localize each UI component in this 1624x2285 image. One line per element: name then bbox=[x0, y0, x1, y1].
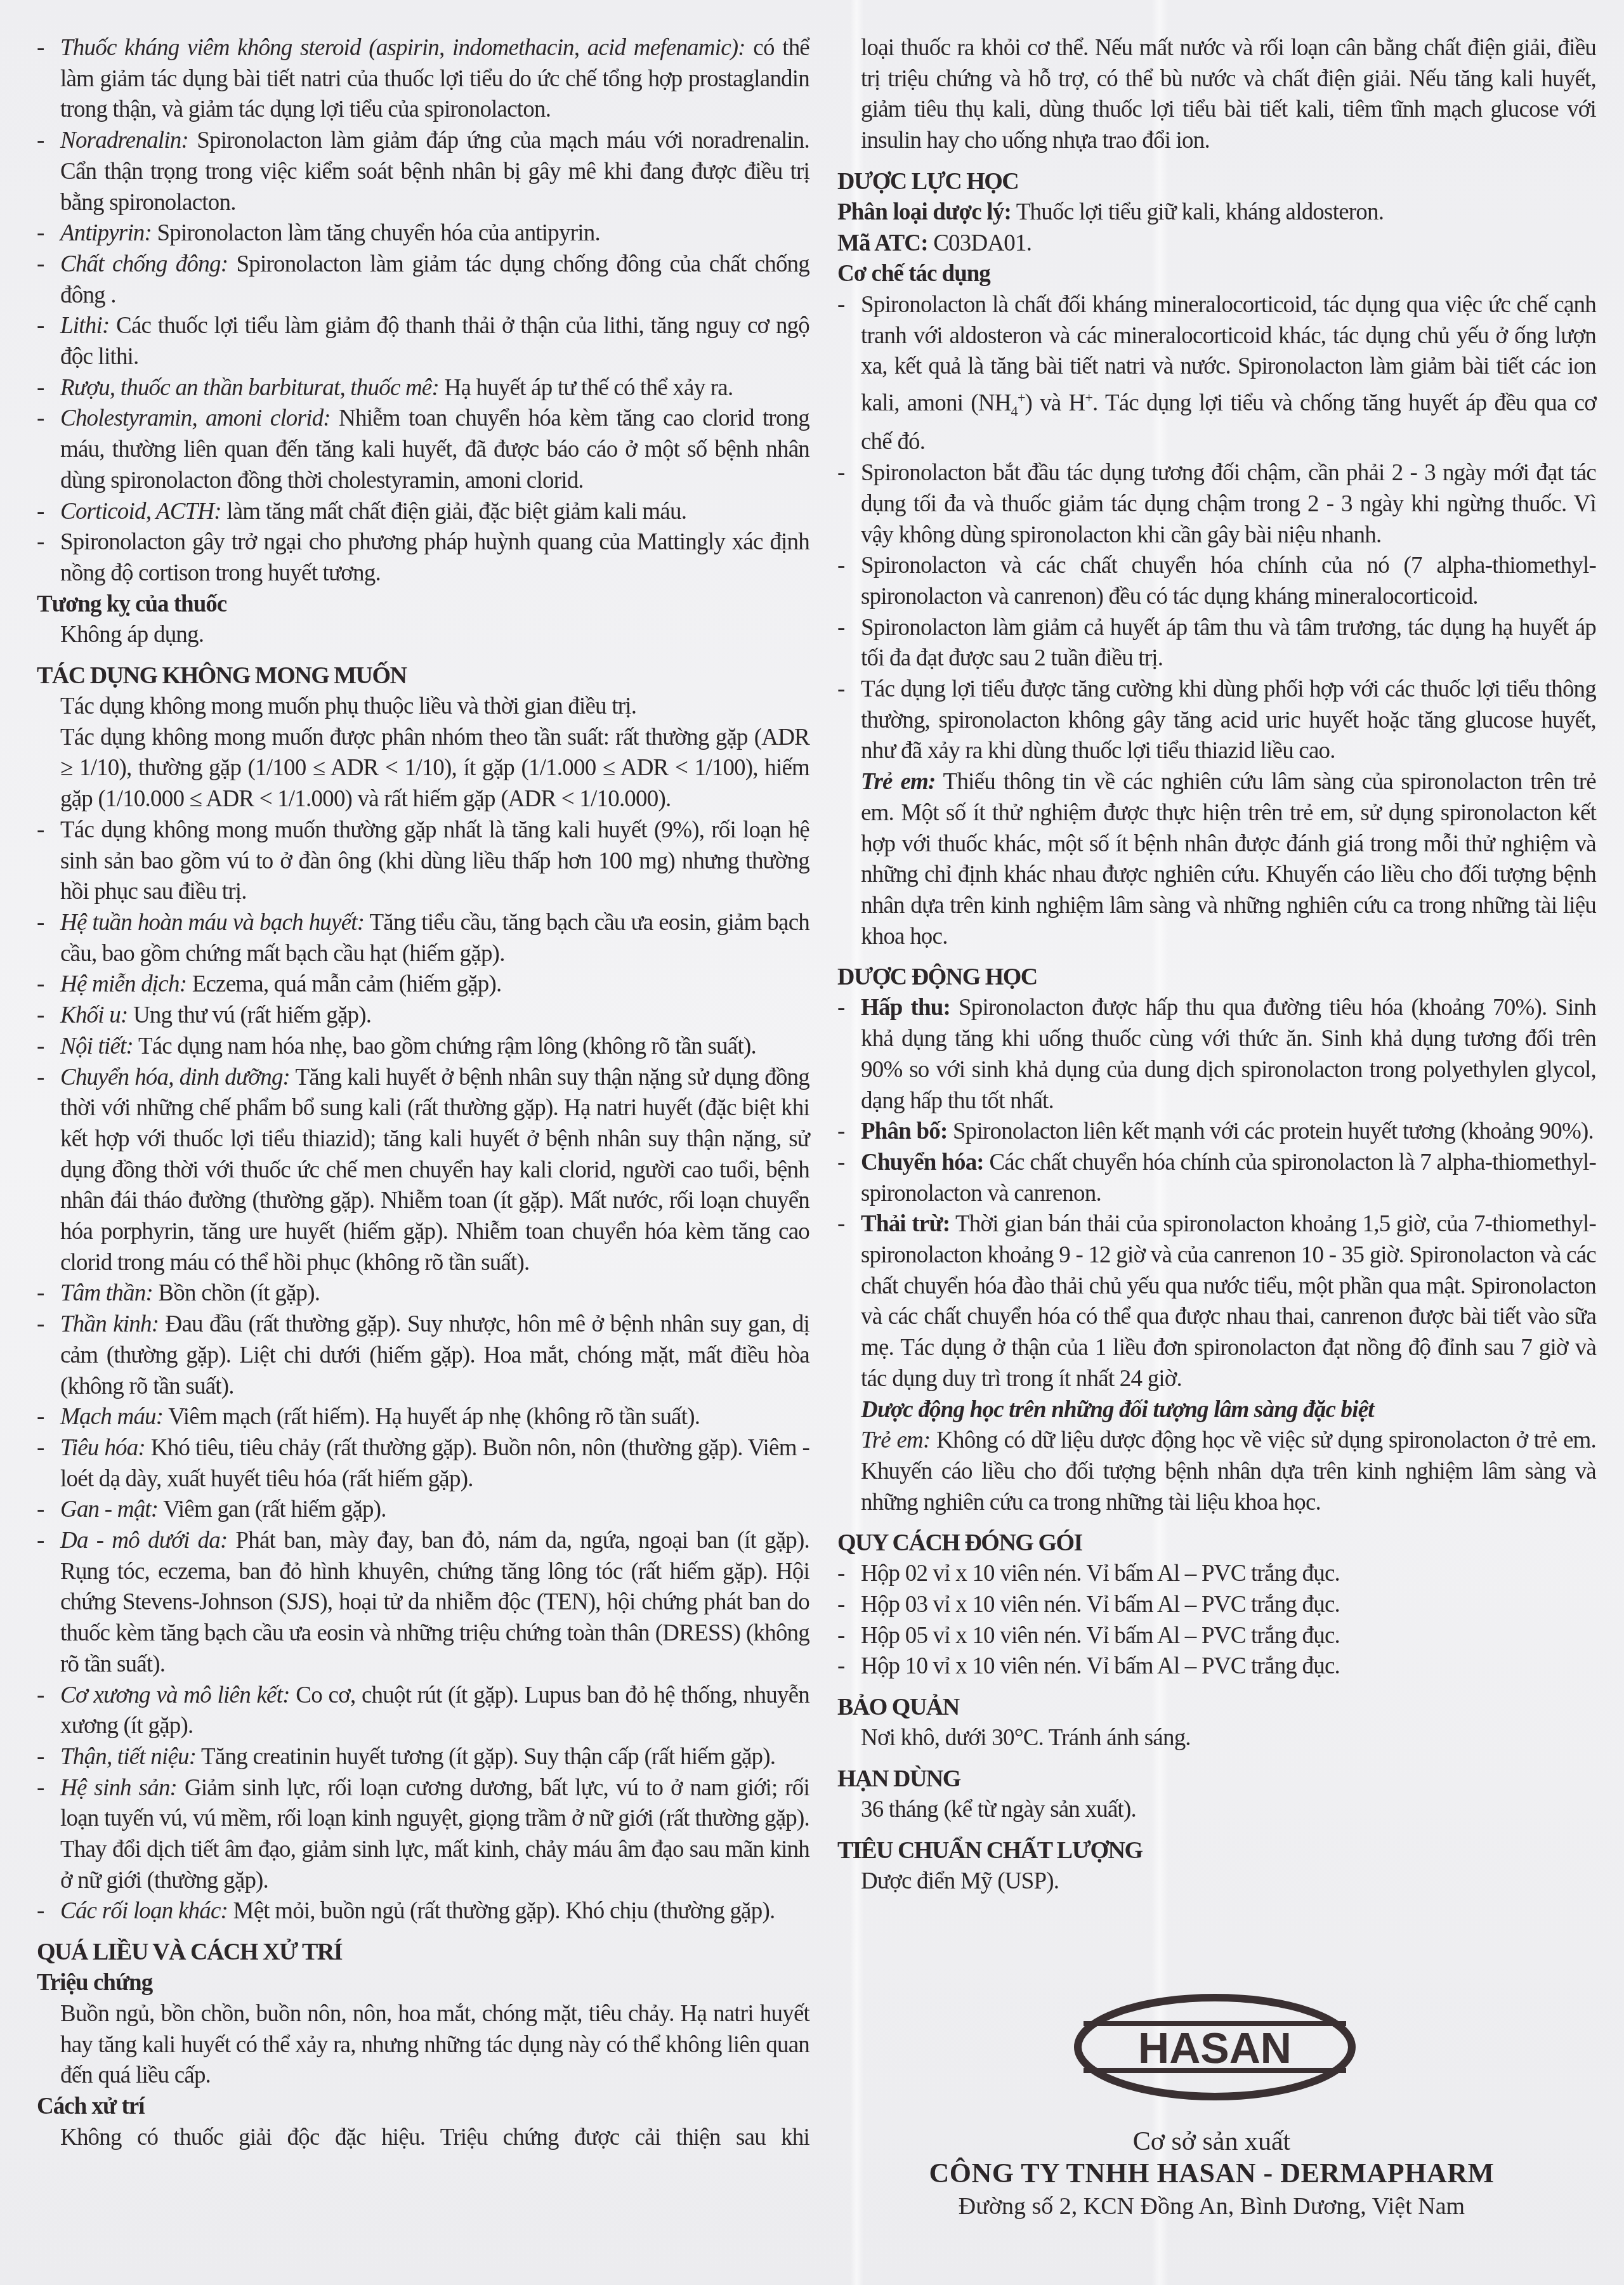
packaging-item: Hộp 10 vỉ x 10 viên nén. Vỉ bấm Al – PVC… bbox=[837, 1651, 1596, 1682]
mechanism-heading: Cơ chế tác dụng bbox=[837, 259, 1596, 290]
incompatibility-text: Không áp dụng. bbox=[37, 620, 809, 651]
class-label: Phân loại dược lý: bbox=[837, 199, 1011, 225]
children-text: Không có dữ liệu dược động học về việc s… bbox=[861, 1427, 1596, 1515]
adverse-item: Tiêu hóa: Khó tiêu, tiêu chảy (rất thườn… bbox=[37, 1433, 809, 1495]
item-text: Eczema, quá mẫn cảm (hiếm gặp). bbox=[187, 971, 501, 997]
adverse-item: Khối u: Ung thư vú (rất hiếm gặp). bbox=[37, 1000, 809, 1031]
manufacturer-label: Cơ sở sản xuất bbox=[844, 2126, 1580, 2157]
children-label: Trẻ em: bbox=[861, 1427, 931, 1453]
item-text: Viêm mạch (rất hiếm). Hạ huyết áp nhẹ (k… bbox=[163, 1404, 700, 1430]
item-label: Khối u: bbox=[60, 1002, 128, 1028]
packaging-item: Hộp 03 vỉ x 10 viên nén. Vỉ bấm Al – PVC… bbox=[837, 1590, 1596, 1621]
item-label: Mạch máu: bbox=[60, 1404, 163, 1430]
storage-heading: BẢO QUẢN bbox=[837, 1691, 1596, 1723]
hasan-logo-icon: HASAN bbox=[1072, 1993, 1358, 2101]
item-label: Tiêu hóa: bbox=[60, 1435, 145, 1461]
item-text: Hạ huyết áp tư thế có thể xảy ra. bbox=[439, 375, 733, 401]
item-label: Tâm thần: bbox=[60, 1280, 153, 1306]
quality-standard-heading: TIÊU CHUẨN CHẤT LƯỢNG bbox=[837, 1835, 1596, 1866]
item-text: Đau đầu (rất thường gặp). Suy nhược, hôn… bbox=[60, 1311, 809, 1399]
item-text: Spironolacton làm tăng chuyển hóa của an… bbox=[152, 220, 600, 246]
children-label: Trẻ em: bbox=[861, 769, 936, 795]
adverse-item: Thần kinh: Đau đầu (rất thường gặp). Suy… bbox=[37, 1309, 809, 1402]
adverse-item: Thận, tiết niệu: Tăng creatinin huyết tư… bbox=[37, 1742, 809, 1773]
item-text: Khó tiêu, tiêu chảy (rất thường gặp). Bu… bbox=[60, 1435, 809, 1492]
item-label: Rượu, thuốc an thần barbiturat, thuốc mê… bbox=[60, 375, 439, 401]
left-column: Thuốc kháng viêm không steroid (aspirin,… bbox=[37, 33, 809, 2153]
adverse-item: Hệ sinh sản: Giảm sinh lực, rối loạn cươ… bbox=[37, 1773, 809, 1897]
manufacturer-address: Đường số 2, KCN Đồng An, Bình Dương, Việ… bbox=[844, 2192, 1580, 2220]
item-label: Da - mô dưới da: bbox=[60, 1528, 227, 1554]
packaging-heading: QUY CÁCH ĐÓNG GÓI bbox=[837, 1527, 1596, 1559]
item-label: Chuyển hóa: bbox=[861, 1149, 984, 1175]
item-label: Thuốc kháng viêm không steroid (aspirin,… bbox=[60, 35, 745, 61]
mechanism-item: Spironolacton và các chất chuyển hóa chí… bbox=[837, 551, 1596, 612]
interaction-item: Corticoid, ACTH: làm tăng mất chất điện … bbox=[37, 497, 809, 528]
mechanism-item: Spironolacton bắt đầu tác dụng tương đối… bbox=[837, 458, 1596, 551]
special-populations-heading: Dược động học trên những đối tượng lâm s… bbox=[837, 1395, 1596, 1426]
interaction-item: Chất chống đông: Spironolacton làm giảm … bbox=[37, 249, 809, 311]
class-text: Thuốc lợi tiểu giữ kali, kháng aldostero… bbox=[1011, 199, 1384, 225]
item-text: Tác dụng nam hóa nhẹ, bao gồm chứng rậm … bbox=[133, 1033, 756, 1059]
atc-label: Mã ATC: bbox=[837, 230, 928, 256]
item-text: Thời gian bán thải của spironolacton kho… bbox=[861, 1211, 1596, 1392]
adverse-item: Các rối loạn khác: Mệt mỏi, buồn ngủ (rấ… bbox=[37, 1896, 809, 1927]
item-text: Tăng kali huyết ở bệnh nhân suy thận nặn… bbox=[60, 1064, 809, 1276]
mechanism-item: Spironolacton là chất đối kháng mineralo… bbox=[837, 290, 1596, 458]
adverse-item: Da - mô dưới da: Phát ban, mày đay, ban … bbox=[37, 1526, 809, 1680]
item-label: Chất chống đông: bbox=[60, 251, 228, 277]
adverse-effects-heading: TÁC DỤNG KHÔNG MONG MUỐN bbox=[37, 660, 809, 691]
interaction-item: Spironolacton gây trở ngại cho phương ph… bbox=[37, 527, 809, 589]
item-label: Cholestyramin, amoni clorid: bbox=[60, 405, 331, 431]
pk-children-note: Trẻ em: Không có dữ liệu dược động học v… bbox=[837, 1425, 1596, 1518]
item-label: Nội tiết: bbox=[60, 1033, 133, 1059]
interaction-item: Rượu, thuốc an thần barbiturat, thuốc mê… bbox=[37, 373, 809, 404]
item-label: Gan - mật: bbox=[60, 1496, 158, 1522]
quality-standard-text: Dược điển Mỹ (USP). bbox=[837, 1866, 1596, 1897]
treatment-heading: Cách xử trí bbox=[37, 2092, 809, 2123]
adverse-item: Hệ miễn dịch: Eczema, quá mẫn cảm (hiếm … bbox=[37, 969, 809, 1000]
item-label: Cơ xương và mô liên kết: bbox=[60, 1682, 290, 1708]
treatment-text-continued: loại thuốc ra khỏi cơ thể. Nếu mất nước … bbox=[837, 33, 1596, 157]
overdose-heading: QUÁ LIỀU VÀ CÁCH XỬ TRÍ bbox=[37, 1936, 809, 1968]
packaging-item: Hộp 05 vỉ x 10 viên nén. Vỉ bấm Al – PVC… bbox=[837, 1621, 1596, 1652]
item-label: Chuyển hóa, dinh dưỡng: bbox=[60, 1064, 290, 1090]
packaging-item: Hộp 02 vỉ x 10 viên nén. Vỉ bấm Al – PVC… bbox=[837, 1559, 1596, 1590]
interaction-item: Noradrenalin: Spironolacton làm giảm đáp… bbox=[37, 126, 809, 218]
mechanism-item: Spironolacton làm giảm cả huyết áp tâm t… bbox=[837, 613, 1596, 674]
shelf-life-heading: HẠN DÙNG bbox=[837, 1763, 1596, 1795]
item-text: Mệt mỏi, buồn ngủ (rất thường gặp). Khó … bbox=[228, 1898, 775, 1924]
interaction-item: Lithi: Các thuốc lợi tiểu làm giảm độ th… bbox=[37, 311, 809, 372]
incompatibility-heading: Tương kỵ của thuốc bbox=[37, 589, 809, 620]
item-text: Các thuốc lợi tiểu làm giảm độ thanh thả… bbox=[60, 313, 809, 370]
children-note: Trẻ em: Thiếu thông tin về các nghiên cứ… bbox=[837, 767, 1596, 952]
item-label: Hệ tuần hoàn máu và bạch huyết: bbox=[60, 910, 364, 936]
item-label: Thải trừ: bbox=[861, 1211, 950, 1237]
item-text: Spironolacton được hấp thu qua đường tiê… bbox=[861, 995, 1596, 1113]
interaction-item: Thuốc kháng viêm không steroid (aspirin,… bbox=[37, 33, 809, 126]
manufacturer-name: CÔNG TY TNHH HASAN - DERMAPHARM bbox=[844, 2157, 1580, 2189]
adverse-item: Tâm thần: Bồn chồn (ít gặp). bbox=[37, 1278, 809, 1309]
superscript: + bbox=[1018, 390, 1025, 405]
item-label: Hệ miễn dịch: bbox=[60, 971, 187, 997]
children-text: Thiếu thông tin về các nghiên cứu lâm sà… bbox=[861, 769, 1596, 950]
adverse-intro-1: Tác dụng không mong muốn phụ thuộc liều … bbox=[37, 691, 809, 723]
item-text: Tăng creatinin huyết tương (ít gặp). Suy… bbox=[196, 1744, 775, 1770]
item-text: Bồn chồn (ít gặp). bbox=[153, 1280, 320, 1306]
adverse-item: Mạch máu: Viêm mạch (rất hiếm). Hạ huyết… bbox=[37, 1402, 809, 1433]
item-text: Ung thư vú (rất hiếm gặp). bbox=[128, 1002, 371, 1028]
pk-item: Hấp thu: Spironolacton được hấp thu qua … bbox=[837, 993, 1596, 1116]
interaction-item: Cholestyramin, amoni clorid: Nhiễm toan … bbox=[37, 403, 809, 496]
item-text: làm tăng mất chất điện giải, đặc biệt gi… bbox=[221, 499, 686, 525]
item-label: Các rối loạn khác: bbox=[60, 1898, 228, 1924]
item-label: Lithi: bbox=[60, 313, 109, 339]
item-label: Hệ sinh sản: bbox=[60, 1775, 177, 1801]
symptoms-text: Buồn ngủ, bồn chồn, buồn nôn, nôn, hoa m… bbox=[37, 1999, 809, 2092]
mechanism-item: Tác dụng lợi tiểu được tăng cường khi dù… bbox=[837, 674, 1596, 767]
symptoms-heading: Triệu chứng bbox=[37, 1968, 809, 1999]
storage-text: Nơi khô, dưới 30°C. Tránh ánh sáng. bbox=[837, 1723, 1596, 1754]
item-label: Phân bố: bbox=[861, 1118, 948, 1144]
right-column: loại thuốc ra khỏi cơ thể. Nếu mất nước … bbox=[837, 33, 1596, 1897]
pharmacological-class: Phân loại dược lý: Thuốc lợi tiểu giữ ka… bbox=[837, 197, 1596, 228]
item-text: Tác dụng không mong muốn thường gặp nhất… bbox=[60, 817, 809, 905]
interaction-item: Antipyrin: Spironolacton làm tăng chuyển… bbox=[37, 218, 809, 249]
item-label: Noradrenalin: bbox=[60, 128, 188, 154]
pk-item: Thải trừ: Thời gian bán thải của spirono… bbox=[837, 1209, 1596, 1394]
item-text: Spironolacton liên kết mạnh với các prot… bbox=[948, 1118, 1594, 1144]
hasan-logo: HASAN bbox=[1072, 1993, 1358, 2101]
leaflet-page: Thuốc kháng viêm không steroid (aspirin,… bbox=[0, 0, 1624, 2285]
pk-item: Phân bố: Spironolacton liên kết mạnh với… bbox=[837, 1116, 1596, 1148]
svg-text:HASAN: HASAN bbox=[1138, 2024, 1292, 2072]
superscript: + bbox=[1085, 390, 1092, 405]
item-label: Thần kinh: bbox=[60, 1311, 159, 1337]
shelf-life-text: 36 tháng (kể từ ngày sản xuất). bbox=[837, 1795, 1596, 1826]
adverse-item: Gan - mật: Viêm gan (rất hiếm gặp). bbox=[37, 1495, 809, 1526]
subscript: 4 bbox=[1011, 403, 1018, 419]
pharmacokinetics-heading: DƯỢC ĐỘNG HỌC bbox=[837, 961, 1596, 993]
item-text: ) và H bbox=[1025, 390, 1085, 416]
item-text: Viêm gan (rất hiếm gặp). bbox=[158, 1496, 386, 1522]
adverse-item: Chuyển hóa, dinh dưỡng: Tăng kali huyết … bbox=[37, 1063, 809, 1279]
pharmacodynamics-heading: DƯỢC LỰC HỌC bbox=[837, 166, 1596, 197]
adverse-intro-2: Tác dụng không mong muốn được phân nhóm … bbox=[37, 723, 809, 815]
item-label: Hấp thu: bbox=[861, 995, 950, 1021]
atc-value: C03DA01. bbox=[928, 230, 1031, 256]
adverse-item: Tác dụng không mong muốn thường gặp nhất… bbox=[37, 815, 809, 908]
item-text: Spironolacton gây trở ngại cho phương ph… bbox=[60, 529, 809, 586]
treatment-text: Không có thuốc giải độc đặc hiệu. Triệu … bbox=[37, 2123, 809, 2154]
item-label: Corticoid, ACTH: bbox=[60, 499, 221, 525]
item-label: Antipyrin: bbox=[60, 220, 152, 246]
item-label: Thận, tiết niệu: bbox=[60, 1744, 196, 1770]
adverse-item: Cơ xương và mô liên kết: Co cơ, chuột rú… bbox=[37, 1680, 809, 1742]
adverse-item: Hệ tuần hoàn máu và bạch huyết: Tăng tiể… bbox=[37, 908, 809, 969]
adverse-item: Nội tiết: Tác dụng nam hóa nhẹ, bao gồm … bbox=[37, 1031, 809, 1063]
atc-code: Mã ATC: C03DA01. bbox=[837, 228, 1596, 259]
pk-item: Chuyển hóa: Các chất chuyển hóa chính củ… bbox=[837, 1148, 1596, 1209]
